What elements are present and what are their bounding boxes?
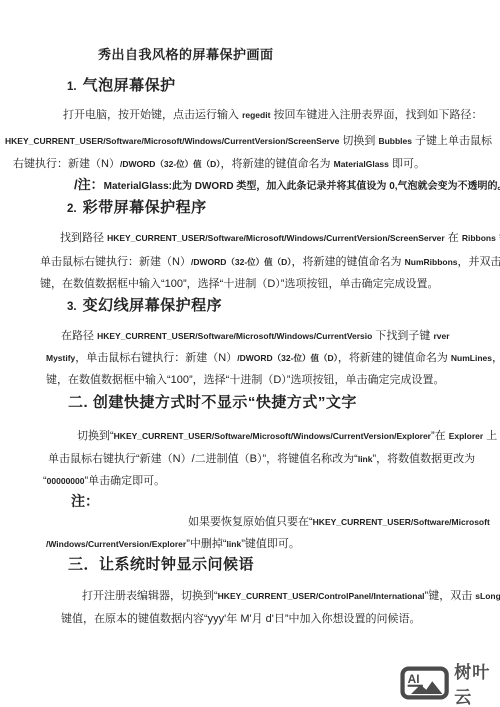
code-text: NumLines xyxy=(451,353,492,363)
text-run: 打开电脑，按开始键，点击运行输入 xyxy=(63,109,242,121)
heading-number: 1. xyxy=(67,81,77,93)
text-run: 切换到 xyxy=(339,135,378,147)
text-run: ，将新建的键值命名为 xyxy=(338,352,451,364)
text-run: ，双击此 xyxy=(492,352,500,364)
text-run: ，单击鼠标右键执行：新建（N） xyxy=(75,352,237,364)
text-run: 切换到“ xyxy=(77,430,114,442)
text-run: 键值，在原本的键值数据内容“yyy'年 M'月 d'日”中加入你想设置的问候语。 xyxy=(61,613,421,625)
paragraph-line: 打开注册表编辑器，切换到“HKEY_CURRENT_USER/ControlPa… xyxy=(82,587,500,603)
heading-text: 二. 创建快捷方式时不显示“快捷方式”文字 xyxy=(68,394,357,411)
text-run: 按回车键进入注册表界面，找到如下路径： xyxy=(270,109,482,121)
text-run: ”单击确定即可。 xyxy=(85,475,166,487)
code-text: Explorer xyxy=(449,431,484,441)
registry-path: HKEY_CURRENT_USER/Software/Microsoft/Win… xyxy=(107,233,445,243)
code-text: NumRibbons xyxy=(405,257,458,267)
registry-path-line: HKEY_CURRENT_USER/Software/Microsoft/Win… xyxy=(5,132,492,148)
document-page: 秀出自我风格的屏幕保护画面 1.气泡屏幕保护 打开电脑，按开始键，点击运行输入 … xyxy=(0,0,500,707)
paragraph-line: 切换到“HKEY_CURRENT_USER/Software/Microsoft… xyxy=(77,427,497,443)
text-run: 在 xyxy=(445,232,462,244)
section-er-heading: 二. 创建快捷方式时不显示“快捷方式”文字 xyxy=(68,391,357,412)
heading-text: 变幻线屏幕保护程序 xyxy=(83,297,223,314)
code-text: Mystify xyxy=(46,353,75,363)
paragraph-line: Mystify，单击鼠标右键执行：新建（N）/DWORD（32-位）值（D），将… xyxy=(46,349,500,365)
paragraph-line: 键值，在原本的键值数据内容“yyy'年 M'月 d'日”中加入你想设置的问候语。 xyxy=(61,610,421,626)
text-run: ”键，双击 xyxy=(425,590,476,602)
paragraph-line: 单击鼠标右键执行“新建（N）/二进制值（B）”，将键值名称改为“link”，将数… xyxy=(48,450,475,466)
code-text: MaterialGlass xyxy=(334,159,389,169)
text-run: 上 xyxy=(483,430,497,442)
registry-path: /Windows/CurrentVersion/Explorer xyxy=(46,539,186,549)
registry-path: HKEY_CURRENT_USER/Software/Microsoft xyxy=(313,517,490,527)
text-run: 单击鼠标右键执行：新建（N） xyxy=(40,256,191,268)
text-run: ”键值即可。 xyxy=(241,538,300,550)
note-text: MaterialGlass:此为 DWORD 类型，加入此条记录并将其值设为 0… xyxy=(104,181,500,192)
paragraph-line: “00000000”单击确定即可。 xyxy=(43,472,165,488)
text-run: 打开注册表编辑器，切换到“ xyxy=(82,590,218,602)
text-run: 在路径 xyxy=(61,330,97,342)
note-label: 注： xyxy=(71,493,99,509)
code-text: /DWORD（32-位）值（D） xyxy=(191,257,292,267)
text-run: ”在 xyxy=(431,430,449,442)
paragraph-line: 打开电脑，按开始键，点击运行输入 regedit 按回车键进入注册表界面，找到如… xyxy=(63,106,482,122)
text-run: 键，在数值数据框中输入“100”，选择“十进制（D）”选项按钮，单击确定完成设置… xyxy=(46,374,444,386)
code-text: rver xyxy=(433,331,449,341)
registry-path: HKEY_CURRENT_USER/ControlPanel/Internati… xyxy=(218,591,425,601)
paragraph-line: /Windows/CurrentVersion/Explorer”中删掉“lin… xyxy=(46,535,300,551)
section-1-heading: 1.气泡屏幕保护 xyxy=(67,74,176,95)
heading-text: 气泡屏幕保护 xyxy=(83,77,176,94)
registry-path: HKEY_CURRENT_USER/Software/Microsoft/Win… xyxy=(5,136,339,146)
code-text: sLongDate xyxy=(475,591,500,601)
heading-number: 3. xyxy=(67,301,77,313)
registry-path: HKEY_CURRENT_USER/Software/Microsoft/Win… xyxy=(114,431,431,441)
section-2-heading: 2.彩带屏幕保护程序 xyxy=(67,196,207,217)
text-run: 下找到子键 xyxy=(372,330,433,342)
page-title: 秀出自我风格的屏幕保护画面 xyxy=(98,44,274,63)
code-text: regedit xyxy=(242,110,270,120)
text-run: 找到路径 xyxy=(60,232,107,244)
text-run: 键上 xyxy=(496,232,500,244)
text-run: ”中删掉“ xyxy=(186,538,226,550)
text-run: ，将新建的键值命名为 xyxy=(292,256,405,268)
note-label: /注： xyxy=(74,177,104,192)
text-run: 即可。 xyxy=(389,158,425,170)
paragraph-line: 键，在数值数据框中输入“100”，选择“十进制（D）”选项按钮，单击确定完成设置… xyxy=(40,275,438,291)
brand-watermark: AI 树叶云 xyxy=(400,658,500,707)
paragraph-line: 右键执行：新建（N）/DWORD（32-位）值（D），将新建的键值命名为 Mat… xyxy=(13,155,425,171)
brand-name: 树叶云 xyxy=(454,658,500,707)
paragraph-line: 单击鼠标右键执行：新建（N）/DWORD（32-位）值（D），将新建的键值命名为… xyxy=(40,253,500,269)
ai-image-logo-icon: AI xyxy=(400,663,449,703)
code-text: Ribbons xyxy=(462,233,496,243)
code-text: /DWORD（32-位）值（D） xyxy=(120,159,221,169)
logo-ai-text: AI xyxy=(408,672,420,686)
text-run: 右键执行：新建（N） xyxy=(13,158,120,170)
code-text: Bubbles xyxy=(378,136,412,146)
text-run: ，并双击此 xyxy=(458,256,500,268)
code-text: link xyxy=(227,539,242,549)
text-run: 秀出自我风格的屏幕保护画面 xyxy=(98,47,274,62)
code-text: link xyxy=(358,454,373,464)
note-heading: 注： xyxy=(71,491,99,511)
paragraph-line: 在路径 HKEY_CURRENT_USER/Software/Microsoft… xyxy=(61,327,450,343)
text-run: 单击鼠标右键执行“新建（N）/二进制值（B）”，将键值名称改为“ xyxy=(48,453,358,465)
heading-number: 2. xyxy=(67,203,77,215)
paragraph-line: 找到路径 HKEY_CURRENT_USER/Software/Microsof… xyxy=(60,229,500,245)
heading-text: 彩带屏幕保护程序 xyxy=(83,199,207,216)
code-text: /DWORD（32-位）值（D） xyxy=(237,353,338,363)
code-text: 00000000 xyxy=(47,476,85,486)
paragraph-line: 键，在数值数据框中输入“100”，选择“十进制（D）”选项按钮，单击确定完成设置… xyxy=(46,371,444,387)
text-run: ”，将数值数据更改为 xyxy=(372,453,475,465)
heading-text: 三．让系统时钟显示问候语 xyxy=(68,556,254,573)
text-run: 键，在数值数据框中输入“100”，选择“十进制（D）”选项按钮，单击确定完成设置… xyxy=(40,278,438,290)
paragraph-line: 如果要恢复原始值只要在“HKEY_CURRENT_USER/Software/M… xyxy=(188,513,490,529)
text-run: 如果要恢复原始值只要在“ xyxy=(188,516,313,528)
note-line: /注：MaterialGlass:此为 DWORD 类型，加入此条记录并将其值设… xyxy=(74,174,500,194)
section-san-heading: 三．让系统时钟显示问候语 xyxy=(68,553,254,574)
registry-path: HKEY_CURRENT_USER/Software/Microsoft/Win… xyxy=(97,331,372,341)
text-run: 子键上单击鼠标 xyxy=(412,135,492,147)
section-3-heading: 3.变幻线屏幕保护程序 xyxy=(67,294,222,315)
text-run: ，将新建的键值命名为 xyxy=(221,158,334,170)
